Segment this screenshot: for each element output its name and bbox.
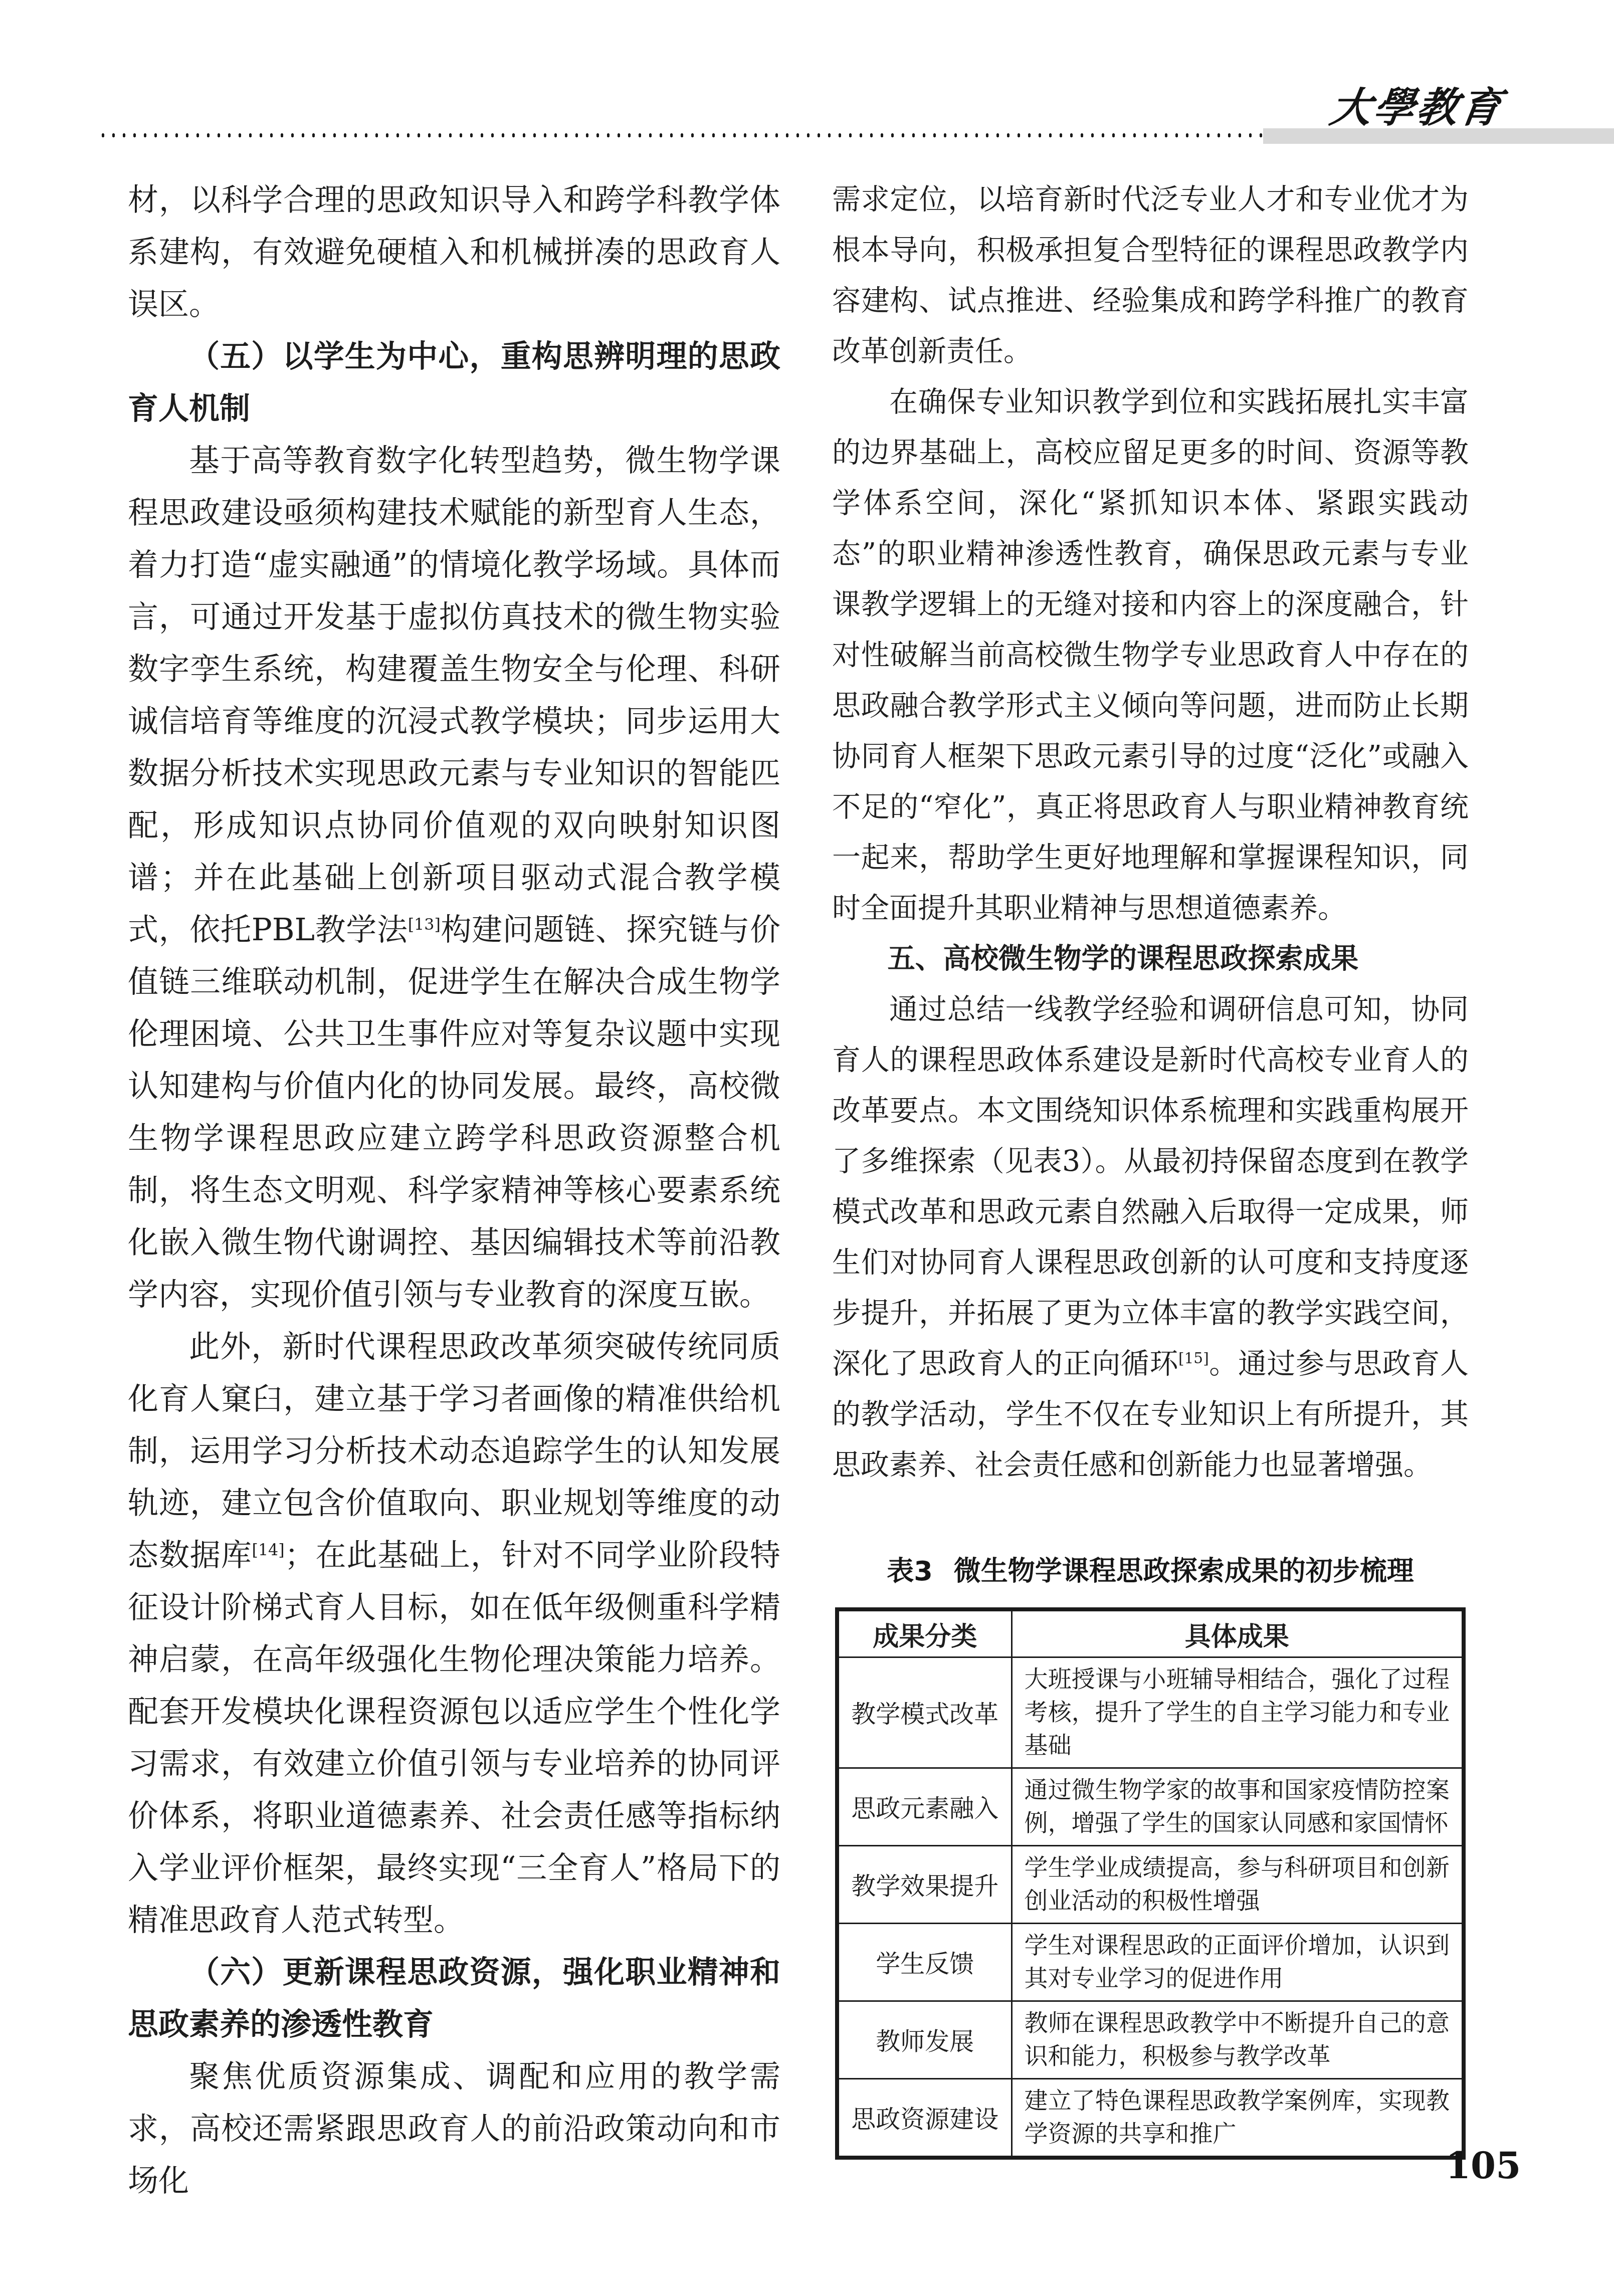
subsection-heading: （五）以学生为中心，重构思辨明理的思政育人机制: [128, 331, 780, 435]
table-3-area: 表3微生物学课程思政探索成果的初步梳理 成果分类 具体成果 教学模式改革大班授课…: [832, 1550, 1469, 2160]
text-run: 基于高等教育数字化转型趋势，微生物学课程思政建设亟须构建技术赋能的新型育人生态，…: [128, 443, 780, 948]
journal-logo: 大學教育: [1327, 75, 1507, 134]
category-cell: 教学效果提升: [837, 1846, 1012, 1924]
section-heading: 五、高校微生物学的课程思政探索成果: [832, 934, 1469, 984]
result-cell: 通过微生物学家的故事和国家疫情防控案例，增强了学生的国家认同感和家国情怀: [1012, 1768, 1464, 1846]
text-run: 通过总结一线教学经验和调研信息可知，协同育人的课程思政体系建设是新时代高校专业育…: [832, 993, 1469, 1380]
table-3-label: 表3: [887, 1555, 933, 1587]
document-page: 大學教育 材，以科学合理的思政知识导入和跨学科教学体系建构，有效避免硬植入和机械…: [0, 0, 1614, 2296]
body-paragraph: 此外，新时代课程思政改革须突破传统同质化育人窠臼，建立基于学习者画像的精准供给机…: [128, 1321, 780, 1947]
table-3-caption: 微生物学课程思政探索成果的初步梳理: [954, 1555, 1414, 1587]
table-row: 思政元素融入通过微生物学家的故事和国家疫情防控案例，增强了学生的国家认同感和家国…: [837, 1768, 1464, 1846]
result-cell: 教师在课程思政教学中不断提升自己的意识和能力，积极参与教学改革: [1012, 2001, 1464, 2079]
table-row: 教学模式改革大班授课与小班辅导相结合，强化了过程考核，提升了学生的自主学习能力和…: [837, 1657, 1464, 1768]
table-row: 学生反馈学生对课程思政的正面评价增加，认识到其对专业学习的促进作用: [837, 1924, 1464, 2001]
category-cell: 学生反馈: [837, 1924, 1012, 2001]
body-paragraph: 聚焦优质资源集成、调配和应用的教学需求，高校还需紧跟思政育人的前沿政策动向和市场…: [128, 2051, 780, 2207]
left-column: 材，以科学合理的思政知识导入和跨学科教学体系建构，有效避免硬植入和机械拼凑的思政…: [128, 174, 780, 2207]
right-column: 需求定位，以培育新时代泛专业人才和专业优才为根本导向，积极承担复合型特征的课程思…: [832, 174, 1469, 1491]
page-number: 105: [1446, 2144, 1521, 2187]
body-paragraph: 需求定位，以培育新时代泛专业人才和专业优才为根本导向，积极承担复合型特征的课程思…: [832, 174, 1469, 377]
category-cell: 教师发展: [837, 2001, 1012, 2079]
result-cell: 学生学业成绩提高，参与科研项目和创新创业活动的积极性增强: [1012, 1846, 1464, 1924]
column-header-result: 具体成果: [1012, 1609, 1464, 1657]
body-paragraph: 在确保专业知识教学到位和实践拓展扎实丰富的边界基础上，高校应留足更多的时间、资源…: [832, 377, 1469, 934]
category-cell: 思政资源建设: [837, 2079, 1012, 2158]
citation-ref: [14]: [252, 1541, 285, 1559]
result-cell: 大班授课与小班辅导相结合，强化了过程考核，提升了学生的自主学习能力和专业基础: [1012, 1657, 1464, 1768]
table-header-row: 成果分类 具体成果: [837, 1609, 1464, 1657]
category-cell: 思政元素融入: [837, 1768, 1012, 1846]
table-row: 思政资源建设建立了特色课程思政教学案例库，实现教学资源的共享和推广: [837, 2079, 1464, 2158]
citation-ref: [13]: [408, 916, 441, 934]
citation-ref: [15]: [1178, 1349, 1209, 1367]
body-paragraph: 材，以科学合理的思政知识导入和跨学科教学体系建构，有效避免硬植入和机械拼凑的思政…: [128, 174, 780, 331]
table-3-title: 表3微生物学课程思政探索成果的初步梳理: [832, 1550, 1469, 1588]
text-run: ；在此基础上，针对不同学业阶段特征设计阶梯式育人目标，如在低年级侧重科学精神启蒙…: [128, 1538, 780, 1938]
text-run: 此外，新时代课程思政改革须突破传统同质化育人窠臼，建立基于学习者画像的精准供给机…: [128, 1329, 780, 1573]
result-cell: 学生对课程思政的正面评价增加，认识到其对专业学习的促进作用: [1012, 1924, 1464, 2001]
result-cell: 建立了特色课程思政教学案例库，实现教学资源的共享和推广: [1012, 2079, 1464, 2158]
column-header-category: 成果分类: [837, 1609, 1012, 1657]
subsection-heading: （六）更新课程思政资源，强化职业精神和思政素养的渗透性教育: [128, 1947, 780, 2051]
table-row: 教学效果提升学生学业成绩提高，参与科研项目和创新创业活动的积极性增强: [837, 1846, 1464, 1924]
category-cell: 教学模式改革: [837, 1657, 1012, 1768]
table-row: 教师发展教师在课程思政教学中不断提升自己的意识和能力，积极参与教学改革: [837, 2001, 1464, 2079]
header-dotted-rule: [98, 131, 1263, 139]
text-run: 构建问题链、探究链与价值链三维联动机制，促进学生在解决合成生物学伦理困境、公共卫…: [128, 912, 780, 1313]
body-paragraph: 基于高等教育数字化转型趋势，微生物学课程思政建设亟须构建技术赋能的新型育人生态，…: [128, 435, 780, 1321]
body-paragraph: 通过总结一线教学经验和调研信息可知，协同育人的课程思政体系建设是新时代高校专业育…: [832, 984, 1469, 1491]
results-table: 成果分类 具体成果 教学模式改革大班授课与小班辅导相结合，强化了过程考核，提升了…: [835, 1607, 1466, 2160]
